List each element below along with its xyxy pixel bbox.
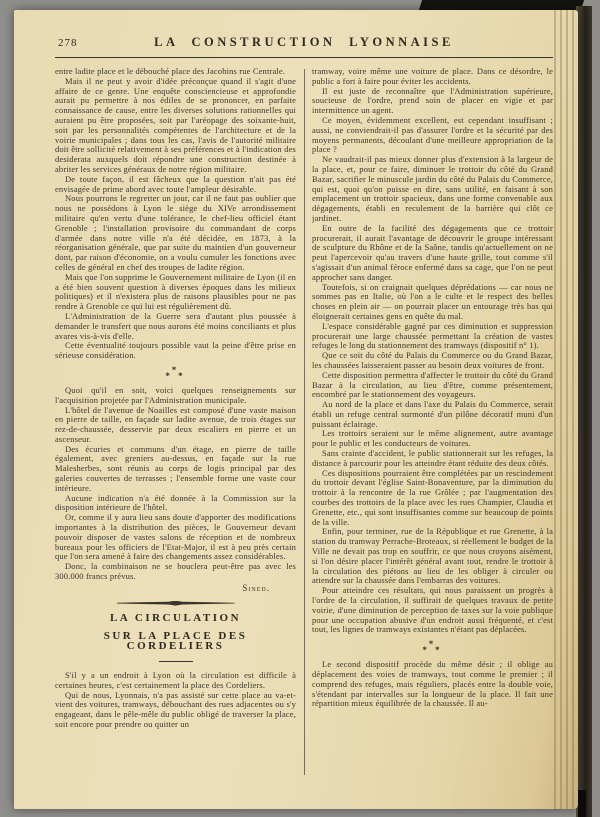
asterism-bottom: * * bbox=[312, 647, 553, 653]
paragraph: Enfin, pour terminer, rue de la Républiq… bbox=[312, 527, 553, 586]
paragraph: Mais il ne peut y avoir d'idée préconçue… bbox=[55, 77, 296, 175]
paragraph: Pour atteindre ces résultats, qui nous p… bbox=[312, 586, 553, 635]
paragraph: L'Administration de la Guerre sera d'aut… bbox=[55, 312, 296, 341]
right-column: tramway, voire même une voiture de place… bbox=[312, 67, 553, 779]
paragraph: tramway, voire même une voiture de place… bbox=[312, 67, 553, 87]
paragraph: Au nord de la place et dans l'axe du Pal… bbox=[312, 400, 553, 429]
paragraph: Le second dispositif procède du même dés… bbox=[312, 660, 553, 709]
book-scan-photo: 278 LA CONSTRUCTION LYONNAISE entre ladi… bbox=[0, 0, 600, 817]
paragraph: L'espace considérable gagné par ces dimi… bbox=[312, 322, 553, 351]
paragraph: Il est juste de reconnaître que l'Admini… bbox=[312, 87, 553, 116]
paragraph: Ne vaudrait-il pas mieux donner plus d'e… bbox=[312, 155, 553, 224]
paragraph: Ce moyen, évidemment excellent, est cepe… bbox=[312, 116, 553, 155]
paragraph: Des écuries et communs d'un étage, en pi… bbox=[55, 445, 296, 494]
header-rule bbox=[55, 57, 553, 58]
article-heading-line1: LA CIRCULATION bbox=[55, 614, 296, 624]
paragraph: Cette disposition permettra d'affecter l… bbox=[312, 371, 553, 400]
book-spine-corner bbox=[578, 790, 586, 817]
paragraph: Ces dispositions pourraient être complét… bbox=[312, 469, 553, 528]
journal-title: LA CONSTRUCTION LYONNAISE bbox=[55, 35, 553, 50]
article-heading-line2: SUR LA PLACE DES CORDELIERS bbox=[55, 632, 296, 652]
article-heading: LA CIRCULATION SUR LA PLACE DES CORDELIE… bbox=[55, 614, 296, 652]
page-header: 278 LA CONSTRUCTION LYONNAISE bbox=[55, 30, 553, 56]
paragraph: Sans crainte d'accident, le public stati… bbox=[312, 449, 553, 469]
left-column: entre ladite place et le débouché place … bbox=[55, 67, 296, 779]
text-columns: entre ladite place et le débouché place … bbox=[55, 67, 553, 779]
paragraph: L'hôtel de l'avenue de Noailles est comp… bbox=[55, 406, 296, 445]
asterism-divider: * * * bbox=[312, 641, 553, 653]
paragraph: Quoi qu'il en soit, voici quelques rense… bbox=[55, 386, 296, 406]
paragraph: Aucune indication n'a été donnée à la Co… bbox=[55, 494, 296, 514]
paragraph: Que ce soit du côté du Palais du Commerc… bbox=[312, 351, 553, 371]
heading-underline-rule bbox=[159, 661, 193, 662]
paragraph: Les trottoirs seraient sur le même align… bbox=[312, 429, 553, 449]
author-signature: Sined. bbox=[55, 584, 296, 594]
paragraph: Or, comme il y aura lieu sans doute d'ap… bbox=[55, 513, 296, 562]
paragraph: Cette éventualité toujours possible vaut… bbox=[55, 341, 296, 361]
page-curl-streaks bbox=[554, 10, 576, 809]
paragraph: En outre de la facilité des dégagements … bbox=[312, 224, 553, 283]
book-edge-shadow bbox=[576, 6, 592, 817]
paragraph: Mais que l'on supprime le Gouvernement m… bbox=[55, 273, 296, 312]
column-divider-rule bbox=[304, 69, 305, 775]
asterism-bottom: * * bbox=[55, 373, 296, 379]
tapered-rule-divider bbox=[117, 601, 235, 606]
paragraph: S'il y a un endroit à Lyon où la circula… bbox=[55, 671, 296, 691]
paragraph: Nous pourrons le regretter un jour, car … bbox=[55, 194, 296, 272]
paragraph: Donc, la combinaison ne se bouclera peut… bbox=[55, 562, 296, 582]
paragraph: De toute façon, il est fâcheux que la qu… bbox=[55, 175, 296, 195]
asterism-divider: * * * bbox=[55, 367, 296, 379]
journal-page: 278 LA CONSTRUCTION LYONNAISE entre ladi… bbox=[14, 10, 578, 809]
paragraph: Qui de nous, Lyonnais, n'a pas assisté s… bbox=[55, 691, 296, 730]
paragraph: Toutefois, si on craignait quelques dépr… bbox=[312, 283, 553, 322]
